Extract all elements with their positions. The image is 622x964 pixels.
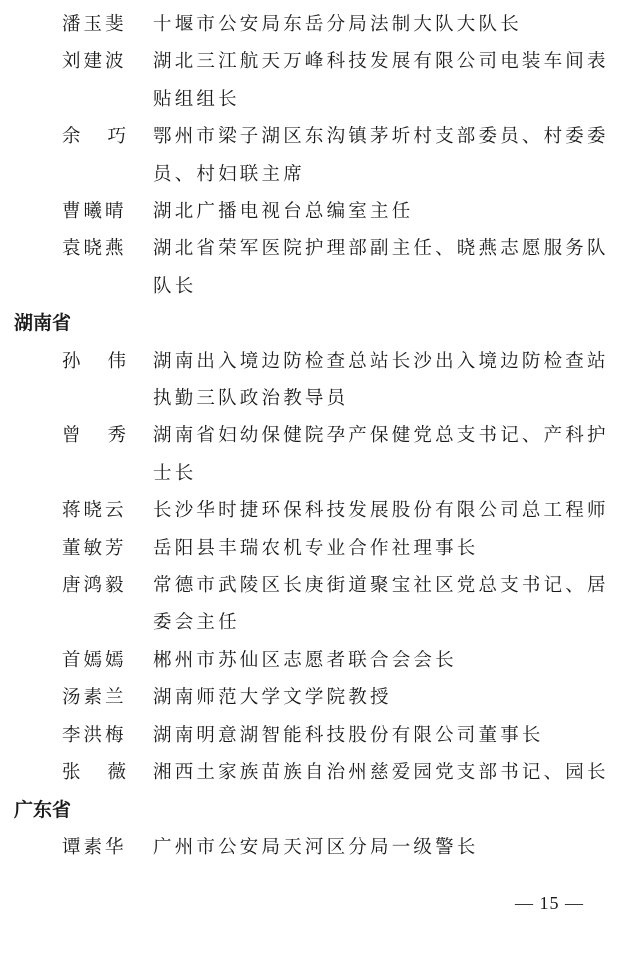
list-item: 汤素兰 湖南师范大学文学院教授 [0, 679, 622, 716]
honoree-title: 湖南师范大学文学院教授 [153, 679, 613, 716]
honoree-name: 李洪梅 [62, 717, 128, 754]
honoree-name: 汤素兰 [62, 679, 128, 716]
list-item: 首嫣嫣 郴州市苏仙区志愿者联合会会长 [0, 642, 622, 679]
honoree-title: 长沙华时捷环保科技发展股份有限公司总工程师 [153, 492, 613, 529]
honoree-name: 张 薇 [62, 754, 126, 791]
name-char: 薇 [107, 754, 126, 791]
honoree-name: 孙 伟 [62, 343, 126, 380]
honoree-title: 十堰市公安局东岳分局法制大队大队长 [153, 6, 613, 43]
list-item: 袁晓燕 湖北省荣军医院护理部副主任、晓燕志愿服务队队长 [0, 230, 622, 305]
honoree-name: 首嫣嫣 [62, 642, 128, 679]
honoree-title: 湖南省妇幼保健院孕产保健党总支书记、产科护士长 [153, 417, 613, 492]
honoree-title: 湖北广播电视台总编室主任 [153, 193, 613, 230]
honoree-title: 湖南明意湖智能科技股份有限公司董事长 [153, 717, 613, 754]
honoree-name: 唐鸿毅 [62, 567, 128, 604]
name-char: 孙 [62, 343, 81, 380]
honoree-title: 鄂州市梁子湖区东沟镇茅圻村支部委员、村委委员、村妇联主席 [153, 118, 613, 193]
honoree-name: 谭素华 [62, 829, 128, 866]
name-char: 巧 [107, 118, 126, 155]
list-item: 唐鸿毅 常德市武陵区长庚街道聚宝社区党总支书记、居委会主任 [0, 567, 622, 642]
list-item: 董敏芳 岳阳县丰瑞农机专业合作社理事长 [0, 530, 622, 567]
list-item: 谭素华 广州市公安局天河区分局一级警长 [0, 829, 622, 866]
honoree-title: 湖北三江航天万峰科技发展有限公司电装车间表贴组组长 [153, 43, 613, 118]
honoree-title: 郴州市苏仙区志愿者联合会会长 [153, 642, 613, 679]
honoree-name: 曹曦晴 [62, 193, 128, 230]
section-heading-hunan: 湖南省 [14, 305, 622, 342]
honoree-title: 湖北省荣军医院护理部副主任、晓燕志愿服务队队长 [153, 230, 613, 305]
honoree-name: 余 巧 [62, 118, 126, 155]
list-item: 李洪梅 湖南明意湖智能科技股份有限公司董事长 [0, 717, 622, 754]
list-item: 潘玉斐 十堰市公安局东岳分局法制大队大队长 [0, 6, 622, 43]
honoree-name: 董敏芳 [62, 530, 128, 567]
list-item: 孙 伟 湖南出入境边防检查总站长沙出入境边防检查站执勤三队政治教导员 [0, 343, 622, 418]
name-char: 伟 [107, 343, 126, 380]
name-char: 张 [62, 754, 81, 791]
list-item: 张 薇 湘西土家族苗族自治州慈爱园党支部书记、园长 [0, 754, 622, 791]
honoree-name: 蒋晓云 [62, 492, 128, 529]
honoree-title: 湖南出入境边防检查总站长沙出入境边防检查站执勤三队政治教导员 [153, 343, 613, 418]
honoree-title: 常德市武陵区长庚街道聚宝社区党总支书记、居委会主任 [153, 567, 613, 642]
name-char: 曾 [62, 417, 81, 454]
honoree-title: 岳阳县丰瑞农机专业合作社理事长 [153, 530, 613, 567]
page-number: — 15 — [515, 893, 584, 914]
honoree-name: 袁晓燕 [62, 230, 128, 267]
section-heading-guangdong: 广东省 [14, 792, 622, 829]
honoree-name: 曾 秀 [62, 417, 126, 454]
name-char: 余 [62, 118, 81, 155]
honoree-name: 潘玉斐 [62, 6, 128, 43]
list-item: 余 巧 鄂州市梁子湖区东沟镇茅圻村支部委员、村委委员、村妇联主席 [0, 118, 622, 193]
honoree-name: 刘建波 [62, 43, 128, 80]
list-item: 刘建波 湖北三江航天万峰科技发展有限公司电装车间表贴组组长 [0, 43, 622, 118]
name-char: 秀 [107, 417, 126, 454]
list-item: 蒋晓云 长沙华时捷环保科技发展股份有限公司总工程师 [0, 492, 622, 529]
list-item: 曾 秀 湖南省妇幼保健院孕产保健党总支书记、产科护士长 [0, 417, 622, 492]
list-item: 曹曦晴 湖北广播电视台总编室主任 [0, 193, 622, 230]
honoree-title: 广州市公安局天河区分局一级警长 [153, 829, 613, 866]
honoree-title: 湘西土家族苗族自治州慈爱园党支部书记、园长 [153, 754, 613, 791]
document-page: 潘玉斐 十堰市公安局东岳分局法制大队大队长 刘建波 湖北三江航天万峰科技发展有限… [0, 6, 622, 866]
